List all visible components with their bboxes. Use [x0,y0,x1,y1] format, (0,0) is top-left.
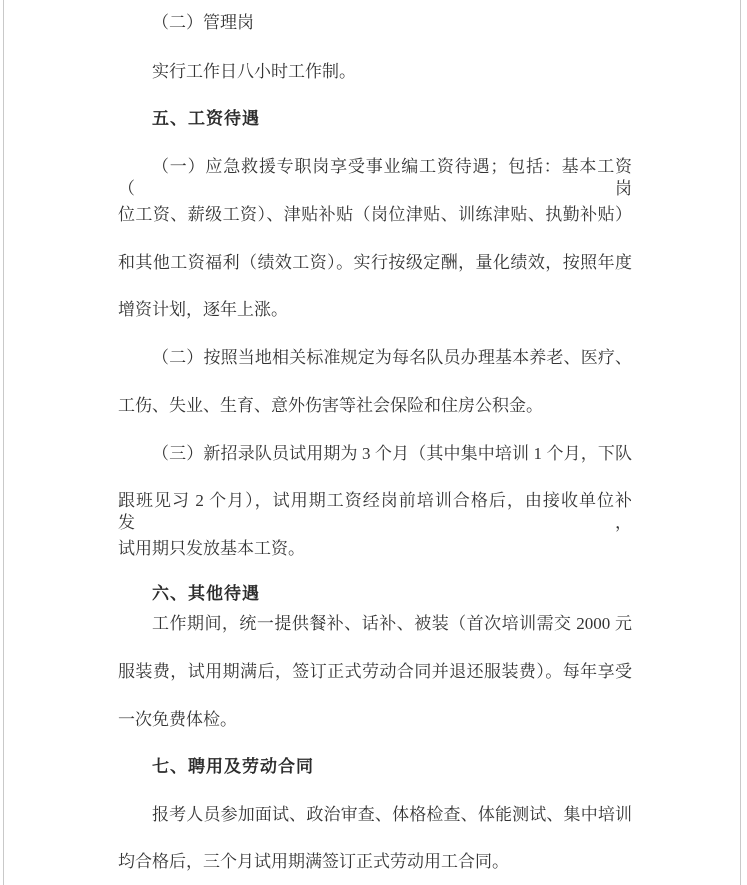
doc-line-wages-2: 位工资、薪级工资）、津贴补贴（岗位津贴、训练津贴、执勤补贴） [118,204,632,226]
doc-line-wages-1: （一）应急救援专职岗享受事业编工资待遇；包括：基本工资（岗 [118,156,632,178]
doc-line-probation-1: （三）新招录队员试用期为 3 个月（其中集中培训 1 个月，下队 [118,443,632,465]
doc-line-insurance-1: （二）按照当地相关标准规定为每名队员办理基本养老、医疗、 [118,347,632,369]
document-page: （二）管理岗 实行工作日八小时工作制。 五、工资待遇 （一）应急救援专职岗享受事… [0,0,747,885]
doc-line-benefits-3: 一次免费体检。 [118,709,632,731]
page-right-edge [740,0,741,885]
heading-section-6-other-benefits: 六、其他待遇 [118,583,632,605]
doc-line-probation-3: 试用期只发放基本工资。 [118,538,632,560]
doc-line-wages-3: 和其他工资福利（绩效工资）。实行按级定酬，量化绩效，按照年度 [118,252,632,274]
doc-line-benefits-2: 服装费，试用期满后，签订正式劳动合同并退还服装费）。每年享受 [118,661,632,683]
heading-section-7-labor-contract: 七、聘用及劳动合同 [118,756,632,778]
doc-line-wages-4: 增资计划，逐年上涨。 [118,299,632,321]
doc-line-work-hours: 实行工作日八小时工作制。 [118,61,632,83]
doc-line-probation-2: 跟班见习 2 个月），试用期工资经岗前培训合格后，由接收单位补发， [118,490,632,512]
heading-section-5-wages: 五、工资待遇 [118,108,632,130]
doc-line-subheading-management-post: （二）管理岗 [118,12,632,34]
doc-line-contract-2: 均合格后，三个月试用期满签订正式劳动用工合同。 [118,851,632,873]
doc-line-insurance-2: 工伤、失业、生育、意外伤害等社会保险和住房公积金。 [118,395,632,417]
doc-line-benefits-1: 工作期间，统一提供餐补、话补、被装（首次培训需交 2000 元 [118,613,632,635]
page-left-edge [3,0,4,885]
doc-line-contract-1: 报考人员参加面试、政治审查、体格检查、体能测试、集中培训 [118,804,632,826]
